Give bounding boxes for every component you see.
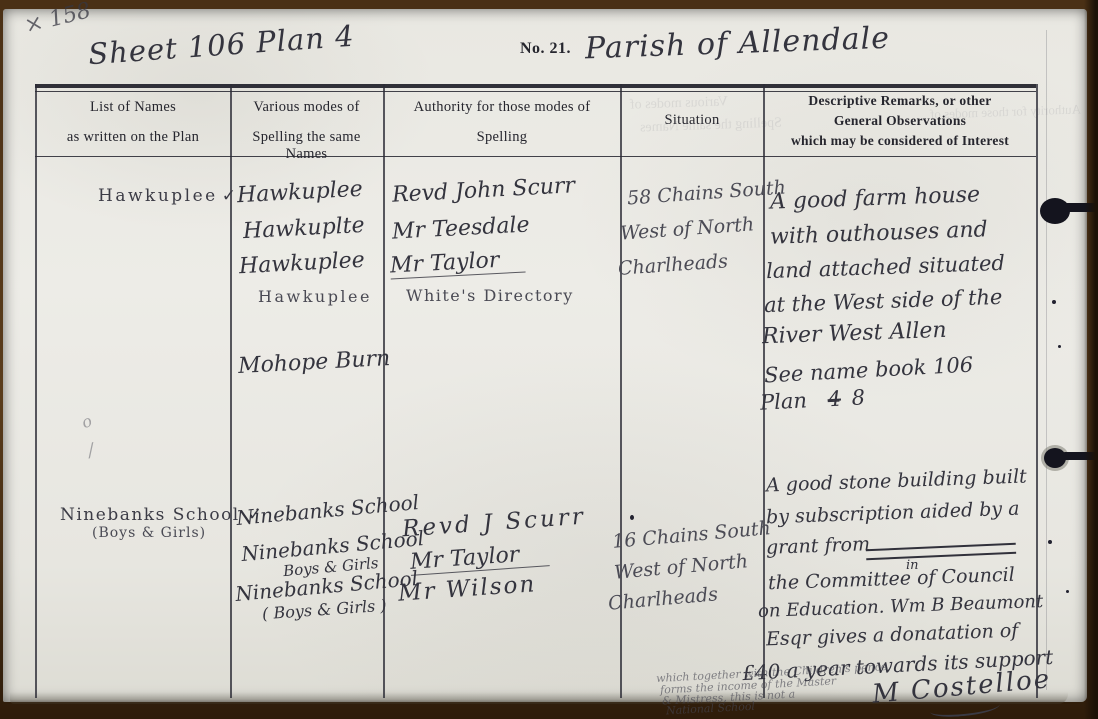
row2-name: Ninebanks School✓ <box>60 505 262 525</box>
column-header-remarks: Descriptive Remarks, or other General Ob… <box>766 93 1034 149</box>
row1-spelling-print: Hawkuplee <box>258 287 372 306</box>
row1-name-text: Hawkuplee <box>98 186 218 206</box>
table-top-rule <box>35 84 1036 88</box>
column-header-names: List of Names as written on the Plan <box>37 99 229 146</box>
column-header-spelling-line1: Various modes of <box>231 99 382 116</box>
column-header-names-line2: as written on the Plan <box>37 129 229 146</box>
column-header-authority-line1: Authority for those modes of <box>385 99 619 116</box>
ink-speck <box>1058 345 1061 348</box>
table-border-left <box>35 84 37 698</box>
column-header-spelling-line2: Spelling the same Names <box>231 129 382 163</box>
ink-speck <box>1066 590 1069 593</box>
row2-remark-line3: grant from <box>766 533 871 559</box>
ink-speck <box>1052 300 1056 304</box>
row2-name-text: Ninebanks School <box>60 505 240 525</box>
ink-speck <box>1048 540 1052 544</box>
column-header-spelling: Various modes of Spelling the same Names <box>231 99 382 163</box>
row1-note-replacement-number: 8 <box>851 385 866 410</box>
table-top-rule-inner <box>35 91 1036 92</box>
row1-authority-print: White's Directory <box>406 286 574 305</box>
page-fold-line <box>1046 30 1047 690</box>
column-header-authority-line2: Spelling <box>385 129 619 146</box>
signature-flourish <box>930 698 1001 719</box>
row1-checkmark: ✓ <box>222 186 236 206</box>
row2-name-sub: (Boys & Girls) <box>92 525 206 541</box>
column-header-remarks-line3: which may be considered of Interest <box>766 133 1034 149</box>
scanned-document-page: × 158 Sheet 106 Plan 4 No. 21. Parish of… <box>0 0 1098 719</box>
row1-name: Hawkuplee✓ <box>98 186 236 206</box>
row1-note-struck-number: 4 <box>827 387 842 412</box>
column-divider-1 <box>230 84 232 698</box>
column-header-authority: Authority for those modes of Spelling <box>385 99 619 146</box>
column-header-names-line1: List of Names <box>37 99 229 116</box>
page-edge-shadow <box>1084 0 1098 719</box>
row1-note-plan-word: Plan <box>759 388 807 414</box>
page-number-label: No. 21. <box>520 40 571 58</box>
header-bottom-rule <box>35 156 1036 157</box>
showthrough-text: Various modes of <box>630 94 728 113</box>
ink-speck <box>630 515 634 520</box>
